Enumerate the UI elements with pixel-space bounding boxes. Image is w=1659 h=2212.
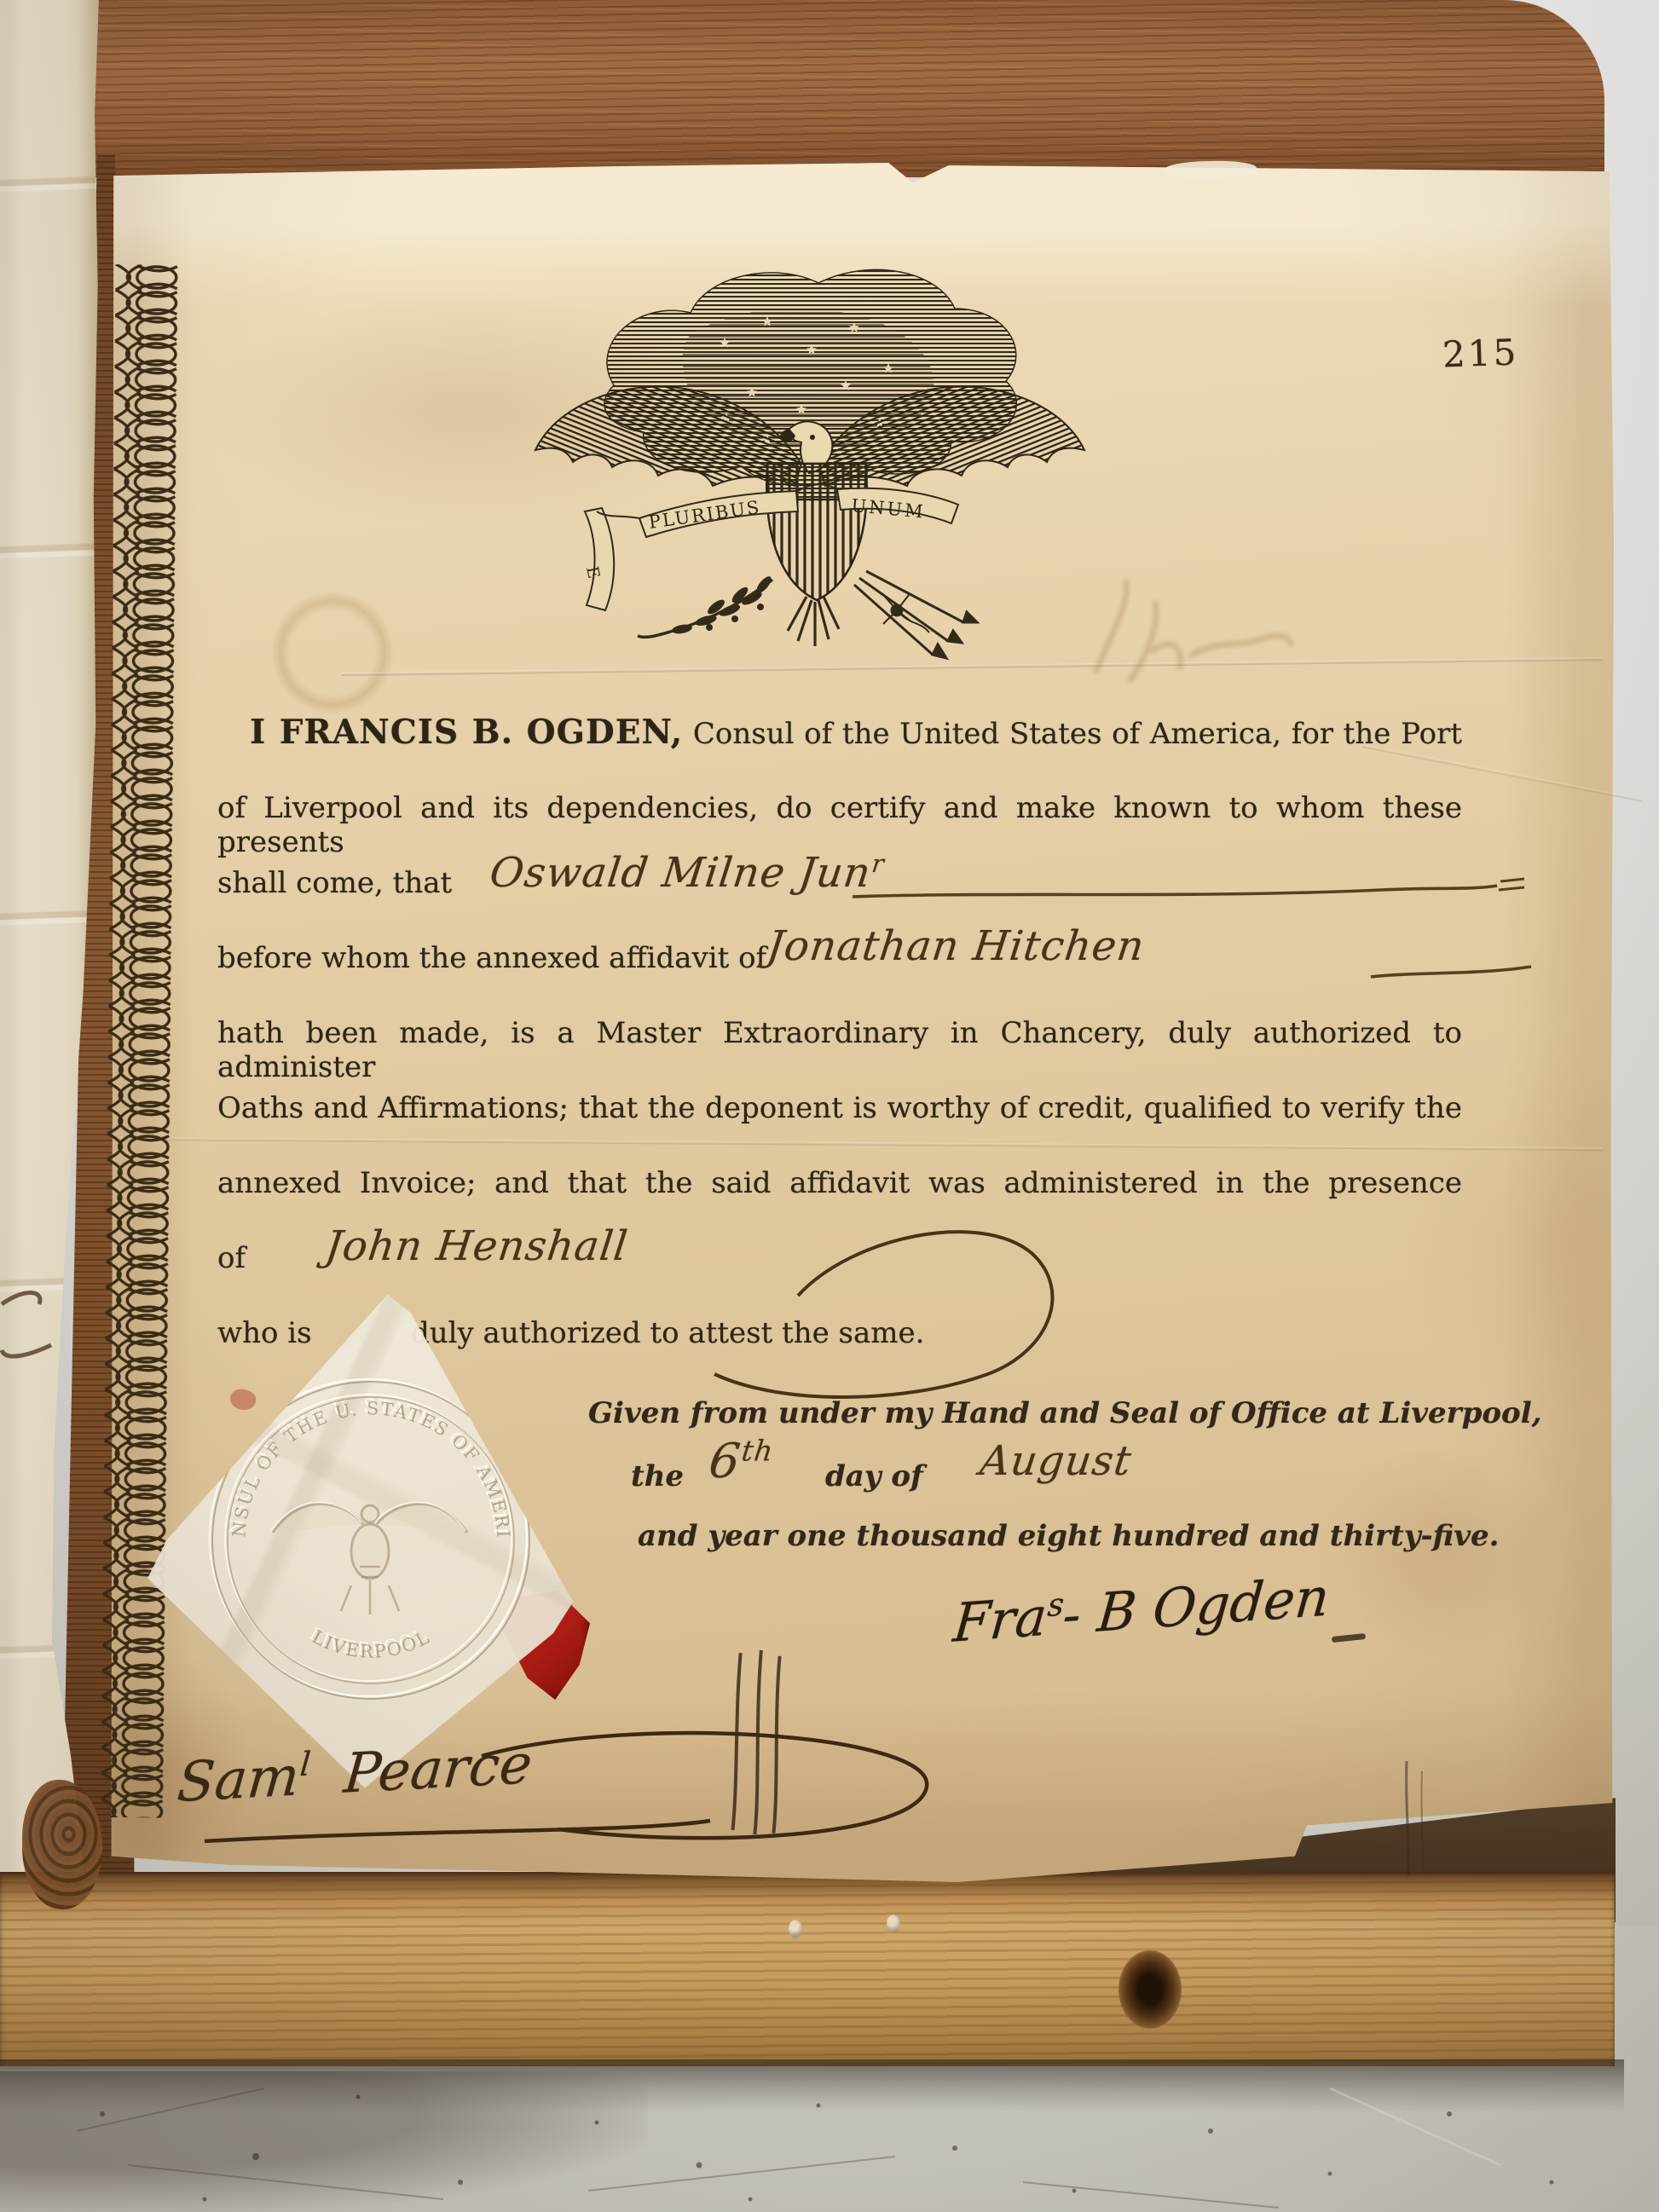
olive-branch [638, 575, 774, 638]
body-line-4-print: before whom the annexed affidavit of [217, 941, 766, 975]
pen-flourish [699, 1193, 1108, 1424]
seal-eagle-relief [273, 1504, 467, 1614]
photo-of-consular-certificate: 215 [0, 0, 1659, 2212]
witness-signature-sup: l [298, 1745, 312, 1784]
body-line-6: Oaths and Affirmations; that the deponen… [217, 1091, 1462, 1125]
consul-signature-a: Fra [951, 1585, 1049, 1654]
wooden-ledge [0, 1872, 1615, 2066]
witness-signature-a: Sam [175, 1745, 302, 1815]
witness-signature-b: Pearce [341, 1733, 535, 1806]
handwritten-month: August [978, 1437, 1135, 1485]
body-line-9a: who is [217, 1316, 312, 1350]
consul-name-caps: I FRANCIS B. OGDEN, [250, 713, 683, 752]
handwritten-deponent-name: Jonathan Hitchen [765, 922, 1147, 970]
eagle-engraving: PLURIBUS UNUM E [512, 240, 1108, 684]
ink-drip [1390, 1754, 1442, 1882]
body-line-8-print: of [217, 1241, 246, 1275]
body-line-9b: duly authorized to attest the same. [411, 1316, 924, 1350]
closing-the: the [631, 1459, 684, 1493]
body-line-1-rest: Consul of the United States of America, … [693, 717, 1462, 751]
ruled-blank-line [835, 868, 1535, 915]
closing-day-of: day of [825, 1459, 923, 1493]
metal-glint [887, 1915, 900, 1933]
arrows [854, 571, 977, 658]
closing-line-1: Given from under my Hand and Seal of Off… [588, 1396, 1541, 1430]
handwritten-officer-name: Oswald Milne Junr [488, 849, 887, 897]
motto-banner: PLURIBUS UNUM E [582, 484, 958, 610]
body-line-5: hath been made, is a Master Extraordinar… [217, 1016, 1462, 1084]
closing-line-3: and year one thousand eight hundred and … [638, 1519, 1500, 1553]
body-line-3-print: shall come, that [217, 866, 452, 900]
tail-feathers [788, 597, 839, 646]
floor-speckles [0, 2063, 1659, 2212]
handwritten-day: 6th [706, 1434, 776, 1489]
ruled-blank-line-short [1364, 953, 1543, 990]
ink-show-through [1070, 554, 1309, 707]
metal-glint [789, 1920, 802, 1938]
page-number: 215 [1442, 331, 1519, 375]
officer-name: Oswald Milne Jun [488, 849, 874, 897]
wood-knot-hole [1119, 1950, 1182, 2029]
handwritten-witness-name: John Henshall [323, 1222, 631, 1270]
body-line-1: I FRANCIS B. OGDEN, Consul of the United… [217, 713, 1462, 752]
wood-end-grain [22, 1780, 102, 1909]
svg-text:LIVERPOOL: LIVERPOOL [309, 1626, 434, 1662]
seal-rim-bottom: LIVERPOOL [309, 1626, 434, 1662]
day-number: 6 [706, 1434, 744, 1489]
wooden-board-top [82, 0, 1604, 177]
day-ordinal: th [740, 1434, 776, 1467]
